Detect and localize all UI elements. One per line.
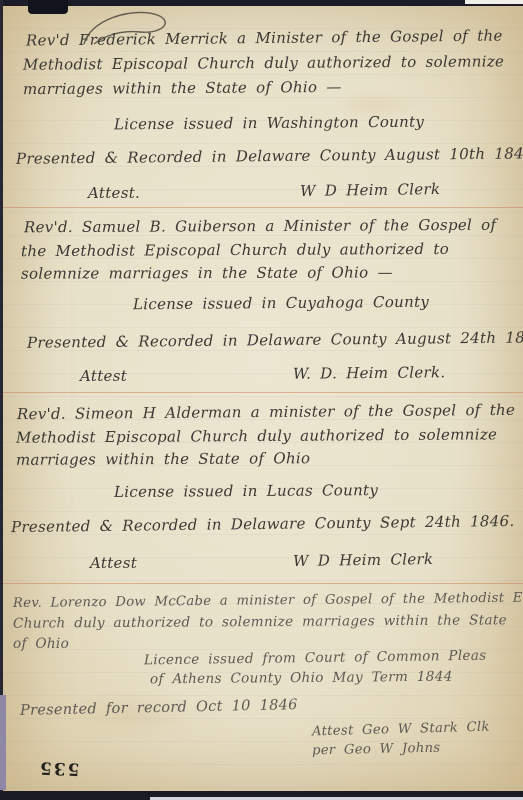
photo-edge-left — [0, 0, 3, 800]
entry-2-body-line-1: Rev'd. Samuel B. Guiberson a Minister of… — [24, 218, 496, 235]
entry-2-body-line-2: the Methodist Episcopal Church duly auth… — [21, 242, 449, 259]
entry-1-clerk-signature: W D Heim Clerk — [300, 182, 441, 199]
entry-1-body-line-3: marriages within the State of Ohio — — [23, 80, 342, 97]
entry-separator-rule — [0, 207, 523, 208]
entry-separator-rule — [0, 392, 523, 393]
entry-separator-rule — [0, 583, 523, 584]
entry-1-body-line-2: Methodist Episcopal Church duly authoriz… — [23, 54, 504, 72]
ledger-photo: Rev'd Frederick Merrick a Minister of th… — [0, 0, 523, 800]
entry-2-clerk-signature: W. D. Heim Clerk. — [293, 365, 446, 382]
entry-4-per-signature: per Geo W Johns — [312, 742, 441, 758]
ink-flourish — [70, 6, 200, 46]
entry-1-license-line: License issued in Washington County — [114, 115, 424, 133]
entry-3-attest-label: Attest — [90, 556, 137, 571]
entry-2-license-line: License issued in Cuyahoga County — [133, 295, 429, 313]
binding-tab — [28, 0, 68, 14]
entry-3-license-line: License issued in Lucas County — [114, 483, 378, 500]
entry-4-license-line-2: of Athens County Ohio May Term 1844 — [150, 671, 453, 687]
photo-edge-left-purple — [0, 695, 6, 790]
entry-4-body-line-3: of Ohio — [13, 638, 69, 652]
entry-2-attest-label: Attest — [80, 369, 127, 384]
page-number: 535 — [38, 757, 80, 778]
photo-corner-sliver — [465, 0, 523, 4]
entry-3-body-line-1: Rev'd. Simeon H Alderman a minister of t… — [17, 403, 515, 422]
photo-edge-top — [0, 0, 523, 6]
entry-2-body-line-3: solemnize marriages in the State of Ohio… — [21, 265, 393, 281]
entry-4-body-line-2: Church duly authorized to solemnize marr… — [13, 614, 507, 631]
entry-3-body-line-3: marriages within the State of Ohio — [16, 451, 310, 468]
entry-3-body-line-2: Methodist Episcopal Church duly authoriz… — [16, 427, 497, 445]
entry-3-clerk-signature: W D Heim Clerk — [293, 552, 434, 569]
entry-1-attest-label: Attest. — [88, 186, 140, 201]
